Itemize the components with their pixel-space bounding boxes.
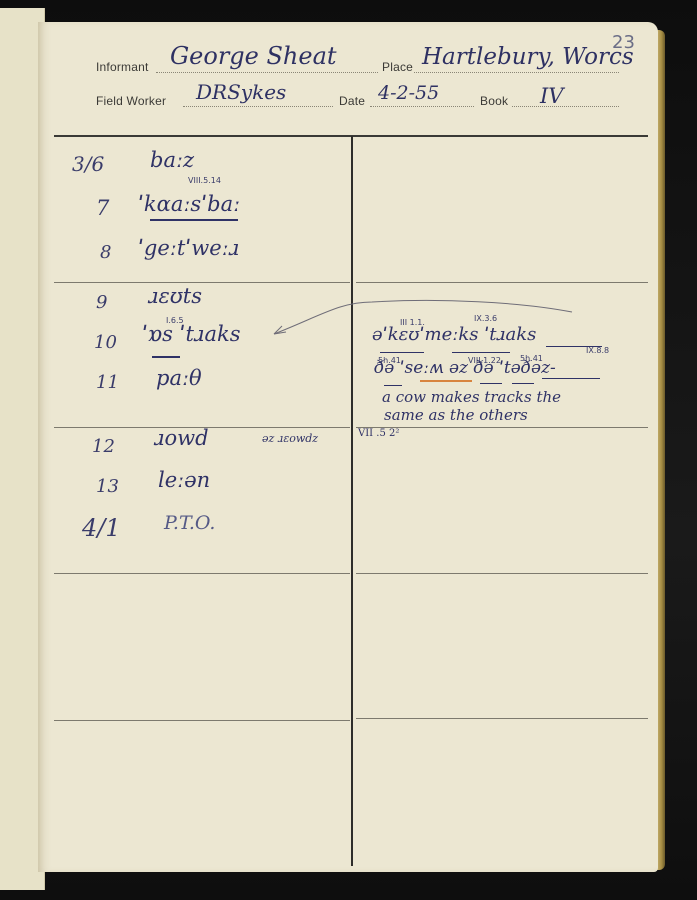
underline xyxy=(384,385,402,386)
underline xyxy=(452,352,510,353)
note-gloss-line-2: same as the others xyxy=(384,406,528,424)
arrow-annotation xyxy=(0,0,697,900)
underline xyxy=(512,383,534,384)
note-transcription-line-2: ðə ˈseːʍ əz ðə ˈtəðəz- xyxy=(374,358,556,378)
underline xyxy=(542,378,600,379)
note-transcription-line-1: əˈkɛʊˈmeːks ˈtɹaks xyxy=(372,324,536,345)
underline xyxy=(380,352,424,353)
note-gloss-line-1: a cow makes tracks the xyxy=(382,388,561,406)
orange-underline xyxy=(420,380,472,382)
underline xyxy=(480,383,502,384)
note-reference: IX.8.8 xyxy=(586,346,609,355)
row12-reference: VII .5 2² xyxy=(358,428,399,439)
note-reference: IX.3.6 xyxy=(474,314,497,323)
